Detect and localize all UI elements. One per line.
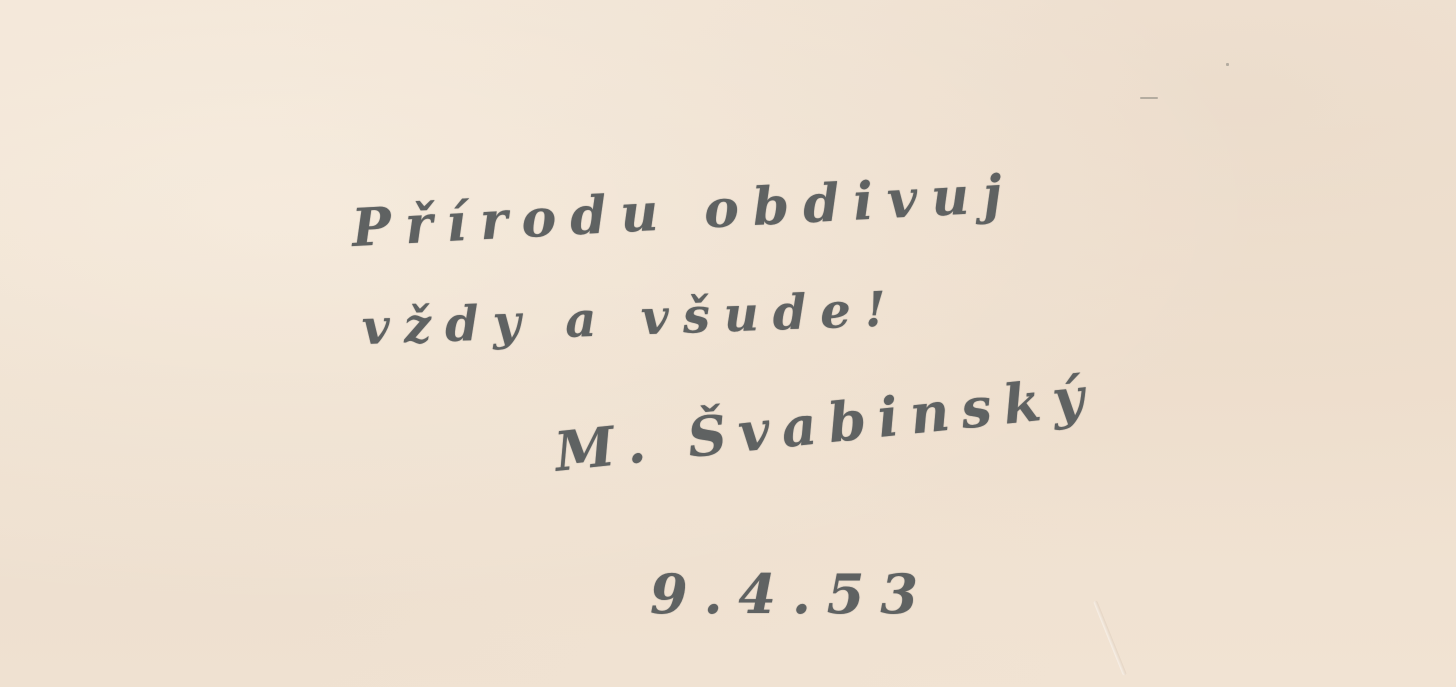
paper-speck (1140, 97, 1158, 99)
paper-speck (1226, 63, 1229, 66)
date: 9.4.53 (650, 562, 934, 626)
